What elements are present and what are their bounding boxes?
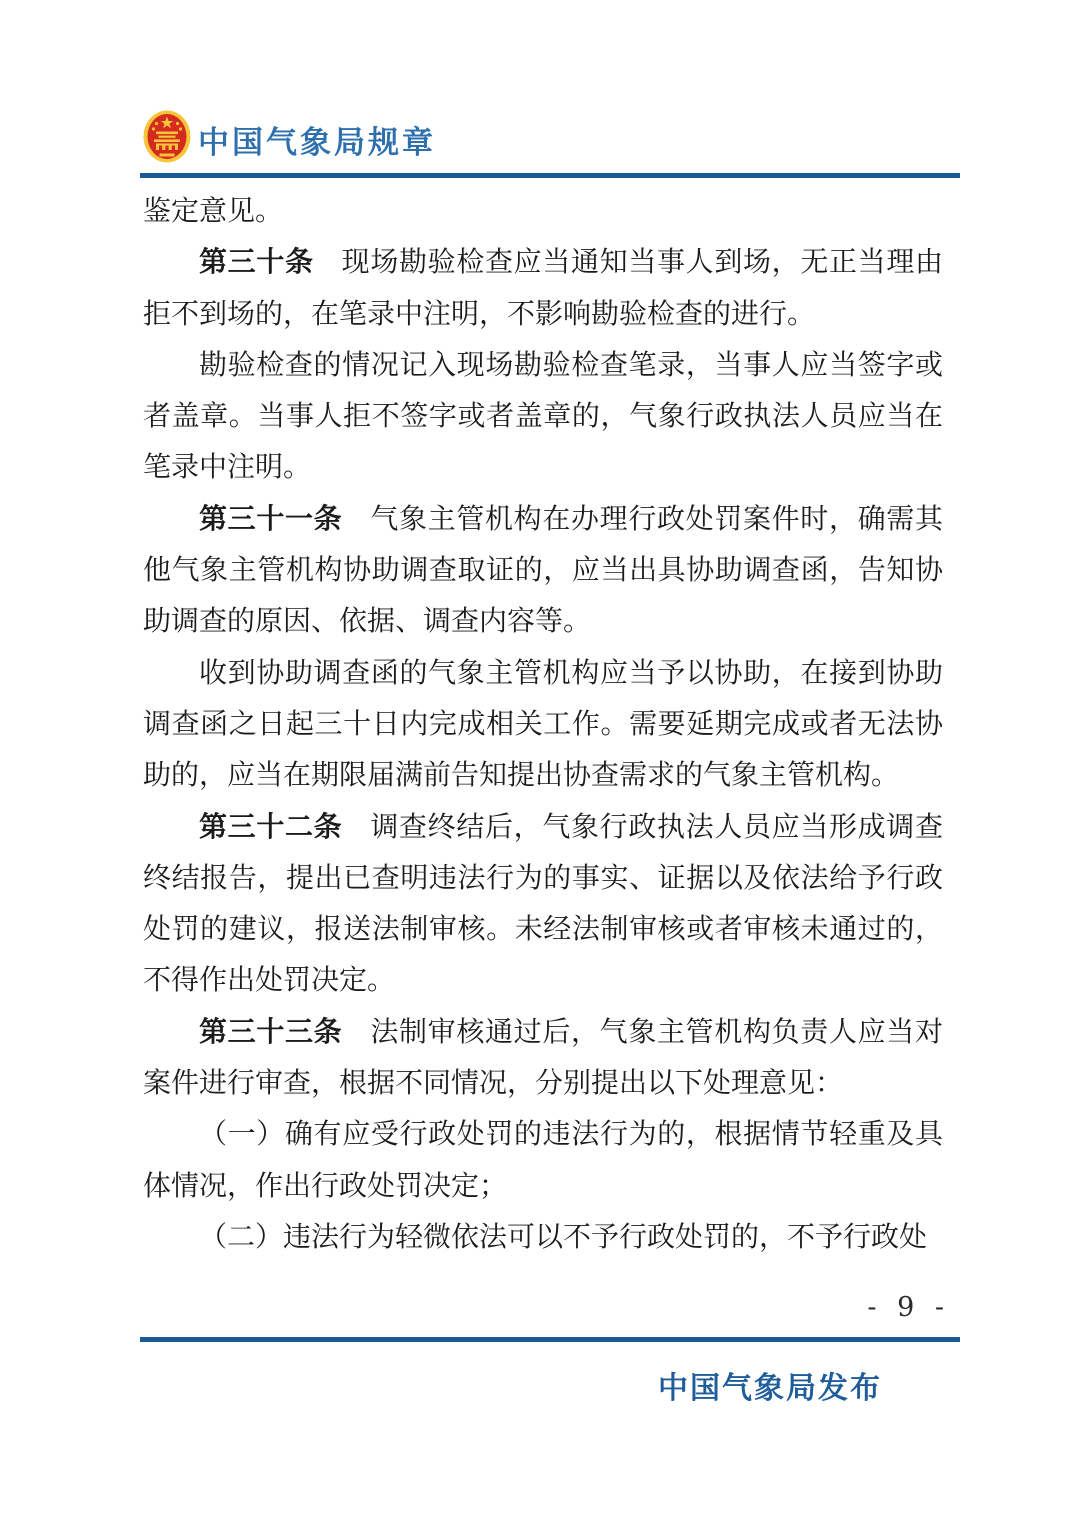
paragraph-text: 收到协助调查函的气象主管机构应当予以协助，在接到协助调查函之日起三十日内完成相关… [143, 656, 943, 792]
article-number: 第三十三条 [199, 1015, 342, 1048]
body-paragraph: （二）违法行为轻微依法可以不予行政处罚的，不予行政处 [143, 1211, 943, 1262]
body-paragraph: 鉴定意见。 [143, 185, 943, 236]
paragraph-text: （二）违法行为轻微依法可以不予行政处罚的，不予行政处 [199, 1220, 927, 1253]
article-number: 第三十二条 [199, 810, 342, 843]
document-page: 中国气象局规章 鉴定意见。 第三十条现场勘验检查应当通知当事人到场，无正当理由拒… [0, 0, 1074, 1520]
body-paragraph: 勘验检查的情况记入现场勘验检查笔录，当事人应当签字或者盖章。当事人拒不签字或者盖… [143, 339, 943, 493]
paragraph-text: （一）确有应受行政处罚的违法行为的，根据情节轻重及具体情况，作出行政处罚决定； [143, 1117, 943, 1201]
page-number: - 9 - [140, 1292, 950, 1323]
body-paragraph: （一）确有应受行政处罚的违法行为的，根据情节轻重及具体情况，作出行政处罚决定； [143, 1108, 943, 1211]
publisher-label: 中国气象局发布 [140, 1363, 882, 1407]
document-body: 鉴定意见。 第三十条现场勘验检查应当通知当事人到场，无正当理由拒不到场的，在笔录… [143, 185, 943, 1262]
article-number: 第三十一条 [199, 502, 342, 535]
body-paragraph: 第三十三条法制审核通过后，气象主管机构负责人应当对案件进行审查，根据不同情况，分… [143, 1006, 943, 1109]
body-paragraph: 收到协助调查函的气象主管机构应当予以协助，在接到协助调查函之日起三十日内完成相关… [143, 647, 943, 801]
header-rule [140, 173, 960, 178]
footer-rule [140, 1337, 960, 1342]
article-number: 第三十条 [199, 245, 314, 278]
paragraph-text: 鉴定意见。 [143, 194, 283, 227]
body-paragraph: 第三十一条气象主管机构在办理行政处罚案件时，确需其他气象主管机构协助调查取证的，… [143, 493, 943, 647]
body-paragraph: 第三十二条调查终结后，气象行政执法人员应当形成调查终结报告，提出已查明违法行为的… [143, 801, 943, 1006]
paragraph-text: 勘验检查的情况记入现场勘验检查笔录，当事人应当签字或者盖章。当事人拒不签字或者盖… [143, 348, 943, 484]
body-paragraph: 第三十条现场勘验检查应当通知当事人到场，无正当理由拒不到场的，在笔录中注明，不影… [143, 236, 943, 339]
national-emblem-icon [143, 110, 191, 163]
page-header-title: 中国气象局规章 [198, 117, 436, 162]
